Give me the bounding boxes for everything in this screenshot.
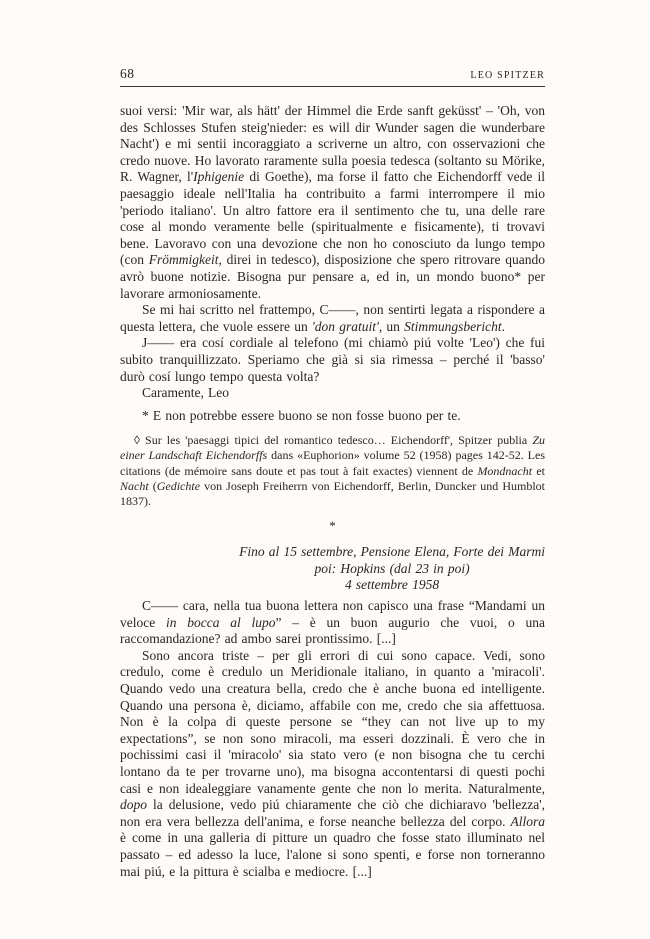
running-header: 68 LEO SPITZER (120, 66, 545, 87)
paragraph-frase: C—— cara, nella tua buona lettera non ca… (120, 598, 545, 648)
letter-signoff: Caramente, Leo (120, 385, 545, 402)
letter-text: suoi versi: 'Mir war, als hätt' der Himm… (120, 103, 545, 880)
section-separator: * (120, 519, 545, 532)
letter-dateline: Fino al 15 settembre, Pensione Elena, Fo… (239, 544, 545, 594)
dateline-forwarding: poi: Hopkins (dal 23 in poi) (239, 561, 545, 578)
paragraph-frattempo: Se mi hai scritto nel frattempo, C——, no… (120, 302, 545, 335)
running-title: LEO SPITZER (470, 70, 545, 81)
dateline-address: Fino al 15 settembre, Pensione Elena, Fo… (239, 544, 545, 561)
footnote-editorial: ◊ Sur les 'paesaggi tipici del romantico… (120, 433, 545, 509)
page-number: 68 (120, 66, 135, 82)
page-content: 68 LEO SPITZER suoi versi: 'Mir war, als… (120, 66, 545, 880)
dateline-date: 4 settembre 1958 (239, 577, 545, 594)
paragraph-telefono: J—— era cosí cordiale al telefono (mi ch… (120, 335, 545, 385)
book-page: 68 LEO SPITZER suoi versi: 'Mir war, als… (0, 0, 650, 939)
paragraph-triste: Sono ancora triste – per gli errori di c… (120, 648, 545, 880)
paragraph-versi: suoi versi: 'Mir war, als hätt' der Himm… (120, 103, 545, 302)
footnote-asterisk: * E non potrebbe essere buono se non fos… (120, 408, 545, 425)
